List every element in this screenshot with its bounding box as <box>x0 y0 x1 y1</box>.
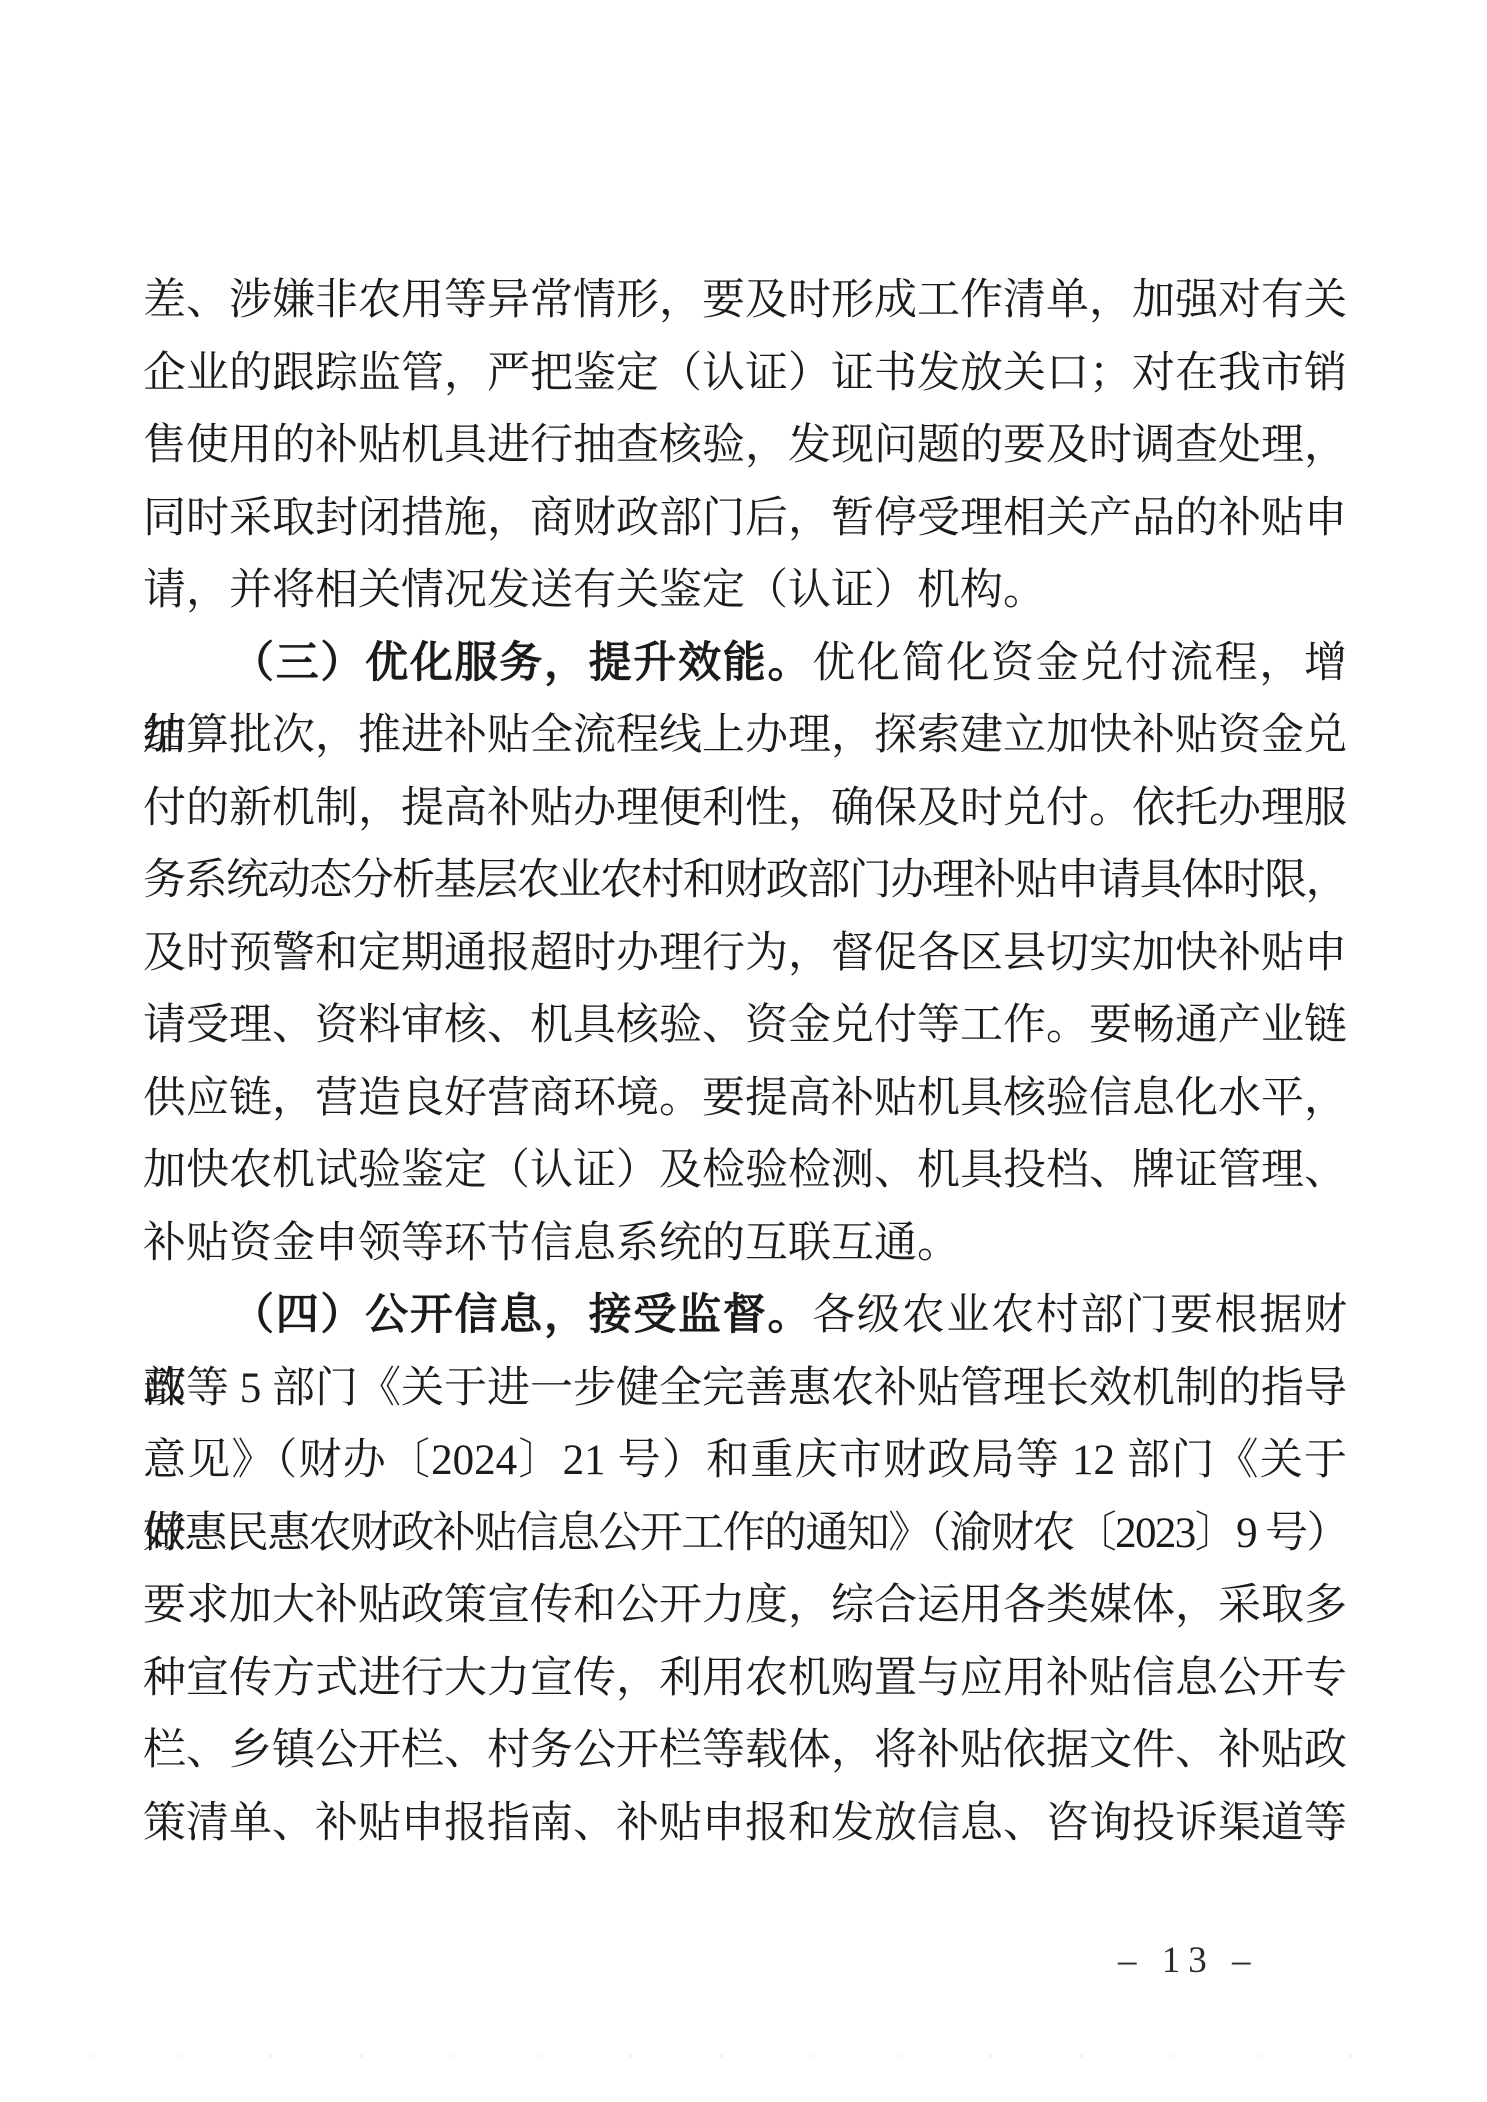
text-line: 策清单、补贴申报指南、补贴申报和发放信息、咨询投诉渠道等 <box>143 1788 1347 1861</box>
text-segment: 栏、乡镇公开栏、村务公开栏等载体，将补贴依据文件、补贴政 <box>143 1727 1347 1774</box>
text-line: （三）优化服务，提升效能。优化简化资金兑付流程，增加 <box>143 628 1347 701</box>
text-segment: （三）优化服务，提升效能。 <box>231 640 812 687</box>
text-line: 同时采取封闭措施，商财政部门后，暂停受理相关产品的补贴申 <box>143 483 1347 556</box>
text-segment: 售使用的补贴机具进行抽查核验，发现问题的要及时调查处理， <box>143 422 1347 469</box>
text-line: 请，并将相关情况发送有关鉴定（认证）机构。 <box>143 555 1347 628</box>
text-line: 结算批次，推进补贴全流程线上办理，探索建立加快补贴资金兑 <box>143 700 1347 773</box>
text-segment: 部等 5 部门《关于进一步健全完善惠农补贴管理长效机制的指导 <box>143 1365 1347 1412</box>
document-body: 差、涉嫌非农用等异常情形，要及时形成工作清单，加强对有关企业的跟踪监管，严把鉴定… <box>143 265 1347 1860</box>
text-segment: 补贴资金申领等环节信息系统的互联互通。 <box>143 1220 960 1267</box>
text-line: 请受理、资料审核、机具核验、资金兑付等工作。要畅通产业链 <box>143 990 1347 1063</box>
page-number: – 13 – <box>1118 1941 1259 1981</box>
text-line: 差、涉嫌非农用等异常情形，要及时形成工作清单，加强对有关 <box>143 265 1347 338</box>
text-line: 种宣传方式进行大力宣传，利用农机购置与应用补贴信息公开专 <box>143 1643 1347 1716</box>
text-segment: 同时采取封闭措施，商财政部门后，暂停受理相关产品的补贴申 <box>143 495 1347 542</box>
text-line: 好惠民惠农财政补贴信息公开工作的通知》（渝财农〔2023〕9 号） <box>143 1498 1347 1571</box>
text-line: （四）公开信息，接受监督。各级农业农村部门要根据财政 <box>143 1280 1347 1353</box>
text-line: 企业的跟踪监管，严把鉴定（认证）证书发放关口；对在我市销 <box>143 338 1347 411</box>
text-line: 补贴资金申领等环节信息系统的互联互通。 <box>143 1208 1347 1281</box>
text-line: 及时预警和定期通报超时办理行为，督促各区县切实加快补贴申 <box>143 918 1347 991</box>
text-segment: 结算批次，推进补贴全流程线上办理，探索建立加快补贴资金兑 <box>143 712 1347 759</box>
text-line: 务系统动态分析基层农业农村和财政部门办理补贴申请具体时限， <box>143 845 1347 918</box>
document-page: 差、涉嫌非农用等异常情形，要及时形成工作清单，加强对有关企业的跟踪监管，严把鉴定… <box>0 0 1487 2102</box>
text-segment: 策清单、补贴申报指南、补贴申报和发放信息、咨询投诉渠道等 <box>143 1800 1347 1847</box>
text-line: 付的新机制，提高补贴办理便利性，确保及时兑付。依托办理服 <box>143 773 1347 846</box>
text-segment: 差、涉嫌非农用等异常情形，要及时形成工作清单，加强对有关 <box>143 277 1347 324</box>
text-line: 要求加大补贴政策宣传和公开力度，综合运用各类媒体，采取多 <box>143 1570 1347 1643</box>
text-line: 供应链，营造良好营商环境。要提高补贴机具核验信息化水平， <box>143 1063 1347 1136</box>
text-line: 售使用的补贴机具进行抽查核验，发现问题的要及时调查处理， <box>143 410 1347 483</box>
text-segment: 及时预警和定期通报超时办理行为，督促各区县切实加快补贴申 <box>143 930 1347 977</box>
text-segment: 付的新机制，提高补贴办理便利性，确保及时兑付。依托办理服 <box>143 785 1347 832</box>
text-line: 部等 5 部门《关于进一步健全完善惠农补贴管理长效机制的指导 <box>143 1353 1347 1426</box>
text-line: 意见》（财办〔2024〕21 号）和重庆市财政局等 12 部门《关于做 <box>143 1425 1347 1498</box>
text-segment: （四）公开信息，接受监督。 <box>231 1292 812 1339</box>
text-segment: 务系统动态分析基层农业农村和财政部门办理补贴申请具体时限， <box>143 857 1347 904</box>
text-line: 加快农机试验鉴定（认证）及检验检测、机具投档、牌证管理、 <box>143 1135 1347 1208</box>
text-segment: 请受理、资料审核、机具核验、资金兑付等工作。要畅通产业链 <box>143 1002 1347 1049</box>
text-line: 栏、乡镇公开栏、村务公开栏等载体，将补贴依据文件、补贴政 <box>143 1715 1347 1788</box>
text-segment: 供应链，营造良好营商环境。要提高补贴机具核验信息化水平， <box>143 1075 1347 1122</box>
text-segment: 企业的跟踪监管，严把鉴定（认证）证书发放关口；对在我市销 <box>143 350 1347 397</box>
scan-artifact <box>90 2055 1410 2057</box>
text-segment: 种宣传方式进行大力宣传，利用农机购置与应用补贴信息公开专 <box>143 1655 1347 1702</box>
text-segment: 请，并将相关情况发送有关鉴定（认证）机构。 <box>143 567 1046 614</box>
text-segment: 要求加大补贴政策宣传和公开力度，综合运用各类媒体，采取多 <box>143 1582 1347 1629</box>
text-segment: 加快农机试验鉴定（认证）及检验检测、机具投档、牌证管理、 <box>143 1147 1347 1194</box>
text-segment: 好惠民惠农财政补贴信息公开工作的通知》（渝财农〔2023〕9 号） <box>143 1510 1348 1557</box>
